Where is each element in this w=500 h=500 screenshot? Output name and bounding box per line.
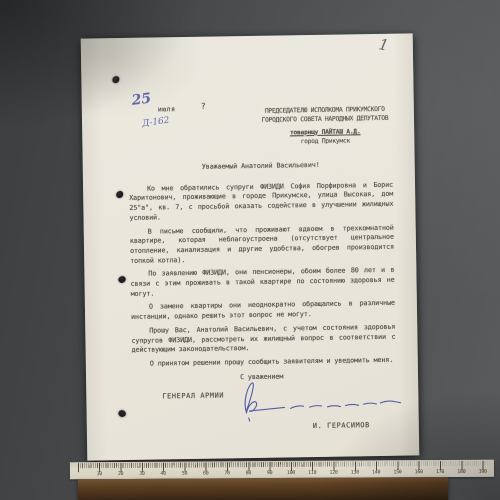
ruler-number: 150 [393, 469, 401, 475]
signer-rank: ГЕНЕРАЛ АРМИИ [162, 392, 224, 419]
ruler-number: 50 [182, 471, 187, 477]
page-number: 1 [377, 35, 390, 55]
paragraph: Прошу Вас, Анатолий Васильевич, с учетом… [131, 323, 395, 356]
recipient-city: город Прикумск [252, 137, 398, 148]
photo-of-document: 1 25 июля ? Д-162 ПРЕДСЕДАТЕЛЮ ИСПОЛКОМА… [0, 0, 500, 500]
ruler-number: 20 [118, 471, 123, 477]
ruler-number: 60 [203, 470, 208, 476]
ruler-number: 180 [457, 469, 465, 475]
letter-page: 1 25 июля ? Д-162 ПРЕДСЕДАТЕЛЮ ИСПОЛКОМА… [81, 33, 420, 460]
handwritten-signature [232, 373, 413, 424]
typed-date-extra: ? [201, 102, 206, 111]
salutation: Уважаемый Анатолий Васильевич! [129, 160, 393, 174]
ruler-number: 160 [415, 469, 423, 475]
ruler-number: 170 [436, 469, 444, 475]
paragraph: Ко мне обратились супруги ФИЗИДИ София П… [129, 180, 394, 223]
ruler-wood-body [78, 477, 448, 500]
signer-name: И. ГЕРАСИМОВ [313, 421, 397, 432]
paragraph: В письме сообщили, что проживают вдвоем … [130, 223, 395, 266]
paragraph: По заявлению ФИЗИДИ, они пенсионеры, обо… [130, 266, 394, 299]
ruler-number: 110 [308, 470, 316, 476]
ruler-number: 120 [329, 470, 337, 476]
recipient-line-2: ГОРОДСКОГО СОВЕТА НАРОДНЫХ ДЕПУТАТОВ [252, 114, 398, 125]
punch-hole [117, 409, 127, 419]
ruler-number: 100 [287, 470, 295, 476]
handwritten-date-day: 25 [131, 91, 152, 109]
recipient-block: ПРЕДСЕДАТЕЛЮ ИСПОЛКОМА ПРИКУМСКОГО ГОРОД… [252, 106, 399, 148]
ruler-number: 80 [246, 470, 251, 476]
ruler-number: 10 [97, 471, 102, 477]
ruler-number: 70 [224, 470, 229, 476]
paragraph: О принятом решении прошу сообщить заявит… [132, 356, 396, 370]
punch-hole [117, 275, 127, 285]
typed-date-month: июля [158, 105, 176, 113]
ruler-number: 30 [139, 471, 144, 477]
wooden-ruler: 1020304050607080901001101201301401501601… [70, 460, 494, 500]
ruler-number: 40 [160, 471, 165, 477]
letter-body: Уважаемый Анатолий Васильевич! Ко мне об… [129, 160, 397, 435]
ruler-number: 130 [351, 470, 359, 476]
ruler-number: 140 [372, 469, 380, 475]
punch-hole [112, 76, 119, 83]
signature-row: ГЕНЕРАЛ АРМИИ [132, 389, 396, 419]
paragraph: О замене квартиры они неоднократно обращ… [131, 299, 395, 323]
recipient-name: товарищу ПАЙТАШ А.Д. [290, 128, 361, 138]
ruler-number: 190 [479, 469, 487, 475]
punch-hole [116, 191, 123, 198]
handwritten-case-number: Д-162 [141, 116, 170, 130]
ruler-number: 90 [267, 470, 272, 476]
